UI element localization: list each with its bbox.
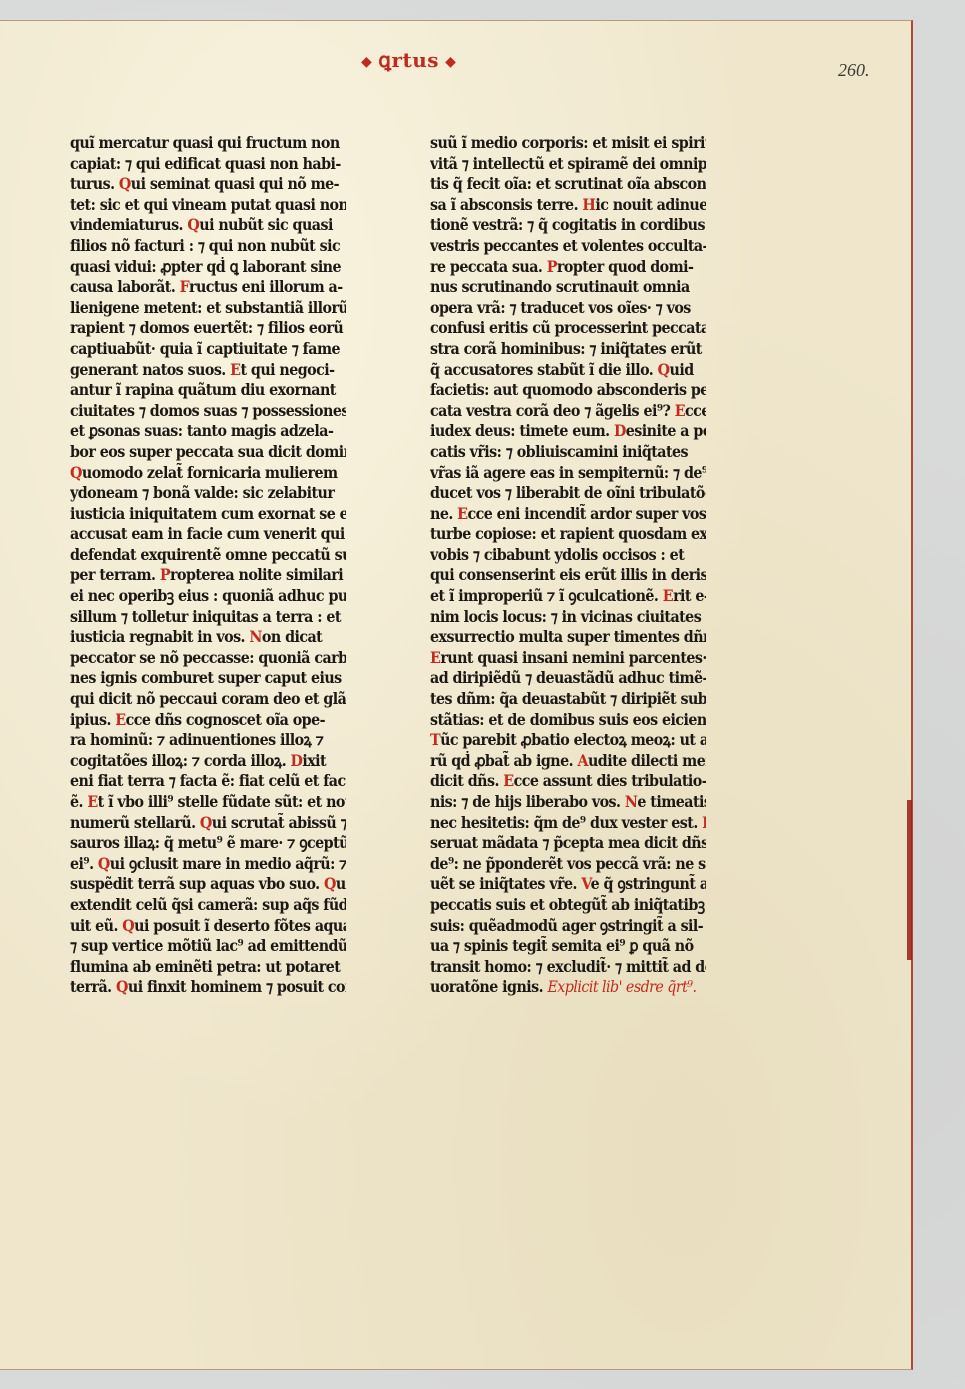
rubricated-initial: N — [249, 627, 261, 646]
line-prefix: sa ĩ absconsis terre. — [430, 195, 582, 214]
text-line: q̃ accusatores stabũt ĩ die illo. Quid — [430, 360, 706, 381]
line-text: defendat exquirentẽ omne peccatũ su- — [70, 545, 346, 564]
text-line: et ꝑsonas suas: tanto magis adzela- — [70, 421, 346, 442]
rubricated-initial: E — [115, 710, 125, 729]
text-line: ad diripiẽdũ ⁊ deuastãdũ adhuc timẽ- — [430, 668, 706, 689]
text-line: nec hesitetis: q̃m de⁹ dux vester est. E… — [430, 813, 706, 834]
line-prefix: nis: ⁊ de hijs liberabo vos. — [430, 792, 625, 811]
text-line: et ĩ improperiũ ⁊ ĩ ꝯculcationẽ. Erit e- — [430, 586, 706, 607]
line-text: ui posuit ĩ deserto fõtes aquaꝝ: — [134, 916, 346, 935]
line-text: cce dñs cognoscet oĩa ope- — [126, 710, 325, 729]
text-line: dicit dñs. Ecce assunt dies tribulatio- — [430, 771, 706, 792]
rubricated-initial: T — [430, 730, 440, 749]
line-prefix: vindemiaturus. — [70, 215, 187, 234]
line-text: e q̃ ꝯstringunt̃ a — [591, 874, 706, 893]
line-prefix: generant natos suos. — [70, 360, 230, 379]
line-text: quasi vidui: ꝓpter qḋ ꝗ laborant sine — [70, 257, 341, 276]
line-text: nim locis locus: ⁊ in vicinas ciuitates — [430, 607, 701, 626]
text-line: vr̃as iã agere eas in sempiternũ: ⁊ de⁹ … — [430, 463, 706, 484]
line-text: tis q̃ fecit oĩa: et scrutinat oĩa absco… — [430, 174, 706, 193]
text-line: vitã ⁊ intellectũ et spiramẽ dei omnipot… — [430, 154, 706, 175]
text-line: causa laborãt. Fructus eni illorum a- — [70, 277, 346, 298]
line-text: facietis: aut quomodo absconderis pec- — [430, 380, 706, 399]
line-text: ad diripiẽdũ ⁊ deuastãdũ adhuc timẽ- — [430, 668, 706, 687]
line-text: sauros illaꝝ: q̃ metu⁹ ẽ mare· ⁊ ꝯceptũ — [70, 833, 346, 852]
line-text: extendit celũ q̃si camerã: sup aq̃s fũda… — [70, 895, 346, 914]
text-line: stra corã hominibus: ⁊ iniq̃tates erũt — [430, 339, 706, 360]
rubricated-initial: E — [675, 401, 685, 420]
running-head: ◆ꝗrtus◆ — [355, 48, 435, 72]
line-text: ropterea nolite similari — [170, 565, 343, 584]
line-text: ra hominũ: ⁊ adinuentiones illoꝝ ⁊ — [70, 730, 323, 749]
line-text: capiat: ⁊ qui edificat quasi non habi- — [70, 154, 341, 173]
text-line: uẽt se iniq̃tates vr̃e. Ve q̃ ꝯstringunt… — [430, 874, 706, 895]
line-text: stãtias: et de domibus suis eos eicient. — [430, 710, 706, 729]
line-text: eni fiat terra ⁊ facta ẽ: fiat celũ et f… — [70, 771, 346, 790]
text-line: vobis ⁊ cibabunt ydolis occisos : et — [430, 545, 706, 566]
text-line: exsurrectio multa super timentes dñm. — [430, 627, 706, 648]
line-text: sillum ⁊ tolletur iniquitas a terra : et — [70, 607, 341, 626]
rubricated-initial: Q — [187, 215, 199, 234]
line-text: peccator se nõ peccasse: quoniã carbo- — [70, 648, 346, 667]
rubricated-initial: Q — [98, 854, 110, 873]
text-line: generant natos suos. Et qui negoci- — [70, 360, 346, 381]
text-line: uoratõne ignis. Explicit lib' esdre q̃rt… — [430, 977, 706, 998]
line-text: ua ⁊ spinis tegit̃ semita ei⁹ ꝑ quã nõ — [430, 936, 694, 955]
line-prefix: numerũ stellarũ. — [70, 813, 200, 832]
text-line: opera vrã: ⁊ traducet vos oĩes· ⁊ vos — [430, 298, 706, 319]
line-text: suis: quẽadmodũ ager ꝯstringit̃ a sil- — [430, 916, 703, 935]
rubricated-initial: E — [457, 504, 467, 523]
red-page-edge-stain — [907, 800, 912, 960]
rubric-dot-icon: ◆ — [445, 54, 456, 70]
text-line: nis: ⁊ de hijs liberabo vos. Ne timeatis — [430, 792, 706, 813]
text-column-right: suũ ĩ medio corporis: et misit ei spirit… — [430, 133, 730, 998]
text-line: re peccata sua. Propter quod domi- — [430, 257, 706, 278]
line-text: e timeatis — [637, 792, 706, 811]
line-text: ⁊ sup vertice mõtiũ lac⁹ ad emittendũ — [70, 936, 346, 955]
text-line: rũ qḋ ꝓbat̃ ab igne. Audite dilecti mei — [430, 751, 706, 772]
rubricated-initial: N — [625, 792, 637, 811]
folio-number: 260. — [838, 60, 870, 81]
line-text: t qui negoci- — [240, 360, 334, 379]
line-prefix: terrã. — [70, 977, 116, 996]
line-text: captiuabũt· quia ĩ captiuitate ⁊ fame — [70, 339, 340, 358]
line-prefix: turus. — [70, 174, 119, 193]
line-text: quĩ mercatur quasi qui fructum non — [70, 133, 340, 152]
line-text: iusticia iniquitatem cum exornat se et — [70, 504, 346, 523]
text-line: vestris peccantes et volentes occulta- — [430, 236, 706, 257]
text-line: qui consenserint eis erũt illis in deris… — [430, 565, 706, 586]
text-line: rapient ⁊ domos euertẽt: ⁊ filios eorũ — [70, 318, 346, 339]
rubric-dot-icon: ◆ — [361, 54, 372, 70]
text-line: bor eos super peccata sua dicit domin⁹. — [70, 442, 346, 463]
text-line: eni fiat terra ⁊ facta ẽ: fiat celũ et f… — [70, 771, 346, 792]
rubricated-initial: D — [614, 421, 626, 440]
text-line: seruat mãdata ⁊ p̃cepta mea dicit dñs — [430, 833, 706, 854]
text-line: tionẽ vestrã: ⁊ q̃ cogitatis in cordibus — [430, 215, 706, 236]
text-line: catis vr̃is: ⁊ obliuiscamini iniq̃tates — [430, 442, 706, 463]
text-line: uit eũ. Qui posuit ĩ deserto fõtes aquaꝝ… — [70, 916, 346, 937]
rubricated-initial: H — [582, 195, 595, 214]
text-line: ẽ. Et ĩ vbo illi⁹ stelle fũdate sũt: et … — [70, 792, 346, 813]
line-prefix: ne. — [430, 504, 457, 523]
text-line: ciuitates ⁊ domos suas ⁊ possessiones — [70, 401, 346, 422]
line-text: nes ignis comburet super caput eius — [70, 668, 342, 687]
line-text: uid — [670, 360, 694, 379]
line-text: ydoneam ⁊ bonã valde: sic zelabitur — [70, 483, 334, 502]
line-prefix: uit eũ. — [70, 916, 122, 935]
line-prefix: uẽt se iniq̃tates vr̃e. — [430, 874, 581, 893]
text-line: extendit celũ q̃si camerã: sup aq̃s fũda… — [70, 895, 346, 916]
text-line: de⁹: ne p̃ponderẽt vos peccã vrã: ne sup… — [430, 854, 706, 875]
running-head-text: ꝗrtus — [378, 48, 439, 72]
text-line: cogitatões illoꝝ: ⁊ corda illoꝝ. Dixit — [70, 751, 346, 772]
rubricated-initial: E — [702, 813, 706, 832]
text-line: ra hominũ: ⁊ adinuentiones illoꝝ ⁊ — [70, 730, 346, 751]
line-text: ixit — [302, 751, 326, 770]
text-line: antur ĩ rapina quãtum diu exornant — [70, 380, 346, 401]
line-text: cce assunt dies tribulatio- — [514, 771, 706, 790]
line-text: uomodo zelat̃ fornicaria mulierem — [82, 463, 338, 482]
line-text: vestris peccantes et volentes occulta- — [430, 236, 706, 255]
text-line: nes ignis comburet super caput eius — [70, 668, 346, 689]
line-text: qui consenserint eis erũt illis in deris… — [430, 565, 706, 584]
text-line: facietis: aut quomodo absconderis pec- — [430, 380, 706, 401]
line-prefix: ẽ. — [70, 792, 87, 811]
rubricated-initial: Q — [116, 977, 128, 996]
text-line: nus scrutinando scrutinauit omnia — [430, 277, 706, 298]
line-text: ducet vos ⁊ liberabit de oĩni tribulatõ- — [430, 483, 706, 502]
line-text: ui — [336, 874, 346, 893]
text-line: capiat: ⁊ qui edificat quasi non habi- — [70, 154, 346, 175]
text-line: ne. Ecce eni incendit̃ ardor super vos — [430, 504, 706, 525]
text-line: numerũ stellarũ. Qui scrutat̃ abissũ ⁊ t… — [70, 813, 346, 834]
text-line: peccatis suis et obtegũt̃ ab iniq̃tatibꝫ — [430, 895, 706, 916]
line-text: ei nec operibꝫ eius : quoniã adhuc pu- — [70, 586, 346, 605]
text-line: tet: sic et qui vineam putat quasi non — [70, 195, 346, 216]
line-text: nus scrutinando scrutinauit omnia — [430, 277, 690, 296]
rubricated-initial: Q — [200, 813, 212, 832]
text-line: quasi vidui: ꝓpter qḋ ꝗ laborant sine — [70, 257, 346, 278]
line-text: cce eni incendit̃ ardor super vos — [467, 504, 706, 523]
text-line: nim locis locus: ⁊ in vicinas ciuitates — [430, 607, 706, 628]
line-text: exsurrectio multa super timentes dñm. — [430, 627, 706, 646]
rubricated-initial: D — [291, 751, 303, 770]
line-text: suũ ĩ medio corporis: et misit ei spirit… — [430, 133, 706, 152]
line-text: antur ĩ rapina quãtum diu exornant — [70, 380, 336, 399]
text-line: confusi eritis cũ processerint peccata v… — [430, 318, 706, 339]
explicit-colophon: Explicit lib' esdre q̃rt⁹. — [547, 978, 696, 996]
line-text: vr̃as iã agere eas in sempiternũ: ⁊ de⁹ … — [430, 463, 706, 482]
line-text: on dicat — [262, 627, 322, 646]
line-text: cce — [685, 401, 706, 420]
rubricated-initial: Q — [658, 360, 670, 379]
line-text: filios nõ facturi : ⁊ qui non nubũt sic — [70, 236, 340, 255]
line-text: turbe copiose: et rapient quosdam ex — [430, 524, 706, 543]
line-text: ic nouit adinuen- — [595, 195, 706, 214]
text-column-left: quĩ mercatur quasi qui fructum noncapiat… — [70, 133, 370, 998]
line-text: lienigene metent: et substantiã illorũ — [70, 298, 346, 317]
line-text: ũc parebit ꝓbatio electoꝝ meoꝝ: ut au- — [440, 730, 706, 749]
text-line: terrã. Qui finxit hominem ⁊ posuit cor — [70, 977, 346, 998]
rubricated-initial: F — [180, 277, 189, 296]
rubricated-initial: P — [160, 565, 170, 584]
rubricated-initial: A — [577, 751, 588, 770]
line-text: ui ꝯclusit mare in medio aq̃rũ: ⁊ — [110, 854, 346, 873]
text-line: ei⁹. Qui ꝯclusit mare in medio aq̃rũ: ⁊ — [70, 854, 346, 875]
text-line: ducet vos ⁊ liberabit de oĩni tribulatõ- — [430, 483, 706, 504]
text-line: lienigene metent: et substantiã illorũ — [70, 298, 346, 319]
line-text: ui finxit hominem ⁊ posuit cor — [128, 977, 346, 996]
rubricated-initial: Q — [119, 174, 131, 193]
text-line: sauros illaꝝ: q̃ metu⁹ ẽ mare· ⁊ ꝯceptũ — [70, 833, 346, 854]
line-prefix: per terram. — [70, 565, 160, 584]
line-text: ructus eni illorum a- — [189, 277, 343, 296]
text-line: suũ ĩ medio corporis: et misit ei spirit… — [430, 133, 706, 154]
line-text: ropter quod domi- — [557, 257, 693, 276]
text-line: quĩ mercatur quasi qui fructum non — [70, 133, 346, 154]
text-line: tis q̃ fecit oĩa: et scrutinat oĩa absco… — [430, 174, 706, 195]
text-line: suspẽdit terrã sup aquas vbo suo. Qui — [70, 874, 346, 895]
line-text: confusi eritis cũ processerint peccata v… — [430, 318, 706, 337]
text-line: suis: quẽadmodũ ager ꝯstringit̃ a sil- — [430, 916, 706, 937]
line-text: ui scrutat̃ abissũ ⁊ the- — [212, 813, 346, 832]
line-text: bor eos super peccata sua dicit domin⁹. — [70, 442, 346, 461]
line-text: rapient ⁊ domos euertẽt: ⁊ filios eorũ — [70, 318, 343, 337]
line-text: t ĩ vbo illi⁹ stelle fũdate sũt: et noui… — [98, 792, 346, 811]
rubricated-initial: E — [503, 771, 513, 790]
text-line: turus. Qui seminat quasi qui nõ me- — [70, 174, 346, 195]
rubricated-initial: E — [87, 792, 97, 811]
line-text: flumina ab eminẽti petra: ut potaret — [70, 957, 340, 976]
text-line: cata vestra corã deo ⁊ ãgelis ei⁹? Ecce — [430, 401, 706, 422]
text-line: accusat eam in facie cum venerit qui — [70, 524, 346, 545]
text-line: turbe copiose: et rapient quosdam ex — [430, 524, 706, 545]
line-prefix: iudex deus: timete eum. — [430, 421, 614, 440]
line-text: opera vrã: ⁊ traducet vos oĩes· ⁊ vos — [430, 298, 691, 317]
line-text: ciuitates ⁊ domos suas ⁊ possessiones — [70, 401, 346, 420]
rubricated-initial: Q — [70, 463, 82, 482]
text-line: vindemiaturus. Qui nubũt sic quasi — [70, 215, 346, 236]
text-line: filios nõ facturi : ⁊ qui non nubũt sic — [70, 236, 346, 257]
line-text: seruat mãdata ⁊ p̃cepta mea dicit dñs — [430, 833, 706, 852]
line-prefix: dicit dñs. — [430, 771, 503, 790]
line-text: ui seminat quasi qui nõ me- — [131, 174, 339, 193]
text-line: sillum ⁊ tolletur iniquitas a terra : et — [70, 607, 346, 628]
text-line: iudex deus: timete eum. Desinite a pec- — [430, 421, 706, 442]
text-line: captiuabũt· quia ĩ captiuitate ⁊ fame — [70, 339, 346, 360]
text-line: iusticia iniquitatem cum exornat se et — [70, 504, 346, 525]
line-text: tet: sic et qui vineam putat quasi non — [70, 195, 346, 214]
rubricated-initial: E — [430, 648, 440, 667]
text-line: Tũc parebit ꝓbatio electoꝝ meoꝝ: ut au- — [430, 730, 706, 751]
line-prefix: ipius. — [70, 710, 115, 729]
text-line: ⁊ sup vertice mõtiũ lac⁹ ad emittendũ — [70, 936, 346, 957]
line-text: catis vr̃is: ⁊ obliuiscamini iniq̃tates — [430, 442, 688, 461]
text-line: ua ⁊ spinis tegit̃ semita ei⁹ ꝑ quã nõ — [430, 936, 706, 957]
line-text: esinite a pec- — [626, 421, 706, 440]
text-line: sa ĩ absconsis terre. Hic nouit adinuen- — [430, 195, 706, 216]
line-text: vobis ⁊ cibabunt ydolis occisos : et — [430, 545, 684, 564]
text-line: Quomodo zelat̃ fornicaria mulierem — [70, 463, 346, 484]
line-prefix: cogitatões illoꝝ: ⁊ corda illoꝝ. — [70, 751, 291, 770]
text-line: defendat exquirentẽ omne peccatũ su- — [70, 545, 346, 566]
line-text: stra corã hominibus: ⁊ iniq̃tates erũt — [430, 339, 702, 358]
text-line: per terram. Propterea nolite similari — [70, 565, 346, 586]
line-prefix: et ĩ improperiũ ⁊ ĩ ꝯculcationẽ. — [430, 586, 663, 605]
line-prefix: uoratõne ignis. — [430, 977, 547, 996]
text-line: tes dñm: q̃a deuastabũt ⁊ diripiẽt sub- — [430, 689, 706, 710]
rubricated-initial: Q — [122, 916, 134, 935]
rubricated-initial: Q — [324, 874, 336, 893]
rubricated-initial: P — [547, 257, 557, 276]
line-prefix: rũ qḋ ꝓbat̃ ab igne. — [430, 751, 577, 770]
text-line: ipius. Ecce dñs cognoscet oĩa ope- — [70, 710, 346, 731]
line-text: ui nubũt sic quasi — [199, 215, 333, 234]
line-prefix: iusticia regnabit in vos. — [70, 627, 249, 646]
line-text: tes dñm: q̃a deuastabũt ⁊ diripiẽt sub- — [430, 689, 706, 708]
text-line: stãtias: et de domibus suis eos eicient. — [430, 710, 706, 731]
text-line: ydoneam ⁊ bonã valde: sic zelabitur — [70, 483, 346, 504]
line-prefix: nec hesitetis: q̃m de⁹ dux vester est. — [430, 813, 702, 832]
text-line: qui dicit nõ peccaui coram deo et glã — [70, 689, 346, 710]
line-text: udite dilecti mei — [588, 751, 706, 770]
text-line: peccator se nõ peccasse: quoniã carbo- — [70, 648, 346, 669]
line-text: vitã ⁊ intellectũ et spiramẽ dei omnipot… — [430, 154, 706, 173]
line-text: runt quasi insani nemini parcentes· — [440, 648, 706, 667]
text-line: iusticia regnabit in vos. Non dicat — [70, 627, 346, 648]
line-prefix: ei⁹. — [70, 854, 98, 873]
rubricated-initial: E — [663, 586, 673, 605]
text-line: transit homo: ⁊ excludit̃· ⁊ mittit̃ ad … — [430, 957, 706, 978]
line-prefix: suspẽdit terrã sup aquas vbo suo. — [70, 874, 324, 893]
line-prefix: re peccata sua. — [430, 257, 547, 276]
text-line: flumina ab eminẽti petra: ut potaret — [70, 957, 346, 978]
rubricated-initial: V — [581, 874, 590, 893]
line-text: qui dicit nõ peccaui coram deo et glã — [70, 689, 346, 708]
text-line: ei nec operibꝫ eius : quoniã adhuc pu- — [70, 586, 346, 607]
line-text: tionẽ vestrã: ⁊ q̃ cogitatis in cordibus — [430, 215, 705, 234]
line-prefix: cata vestra corã deo ⁊ ãgelis ei⁹? — [430, 401, 675, 420]
line-text: accusat eam in facie cum venerit qui — [70, 524, 345, 543]
rubricated-initial: E — [230, 360, 240, 379]
line-text: peccatis suis et obtegũt̃ ab iniq̃tatibꝫ — [430, 895, 705, 914]
line-text: transit homo: ⁊ excludit̃· ⁊ mittit̃ ad … — [430, 957, 706, 976]
line-text: rit e- — [673, 586, 706, 605]
line-prefix: q̃ accusatores stabũt ĩ die illo. — [430, 360, 658, 379]
line-text: de⁹: ne p̃ponderẽt vos peccã vrã: ne sup… — [430, 854, 706, 873]
text-line: Erunt quasi insani nemini parcentes· — [430, 648, 706, 669]
line-text: et ꝑsonas suas: tanto magis adzela- — [70, 421, 333, 440]
line-prefix: causa laborãt. — [70, 277, 180, 296]
